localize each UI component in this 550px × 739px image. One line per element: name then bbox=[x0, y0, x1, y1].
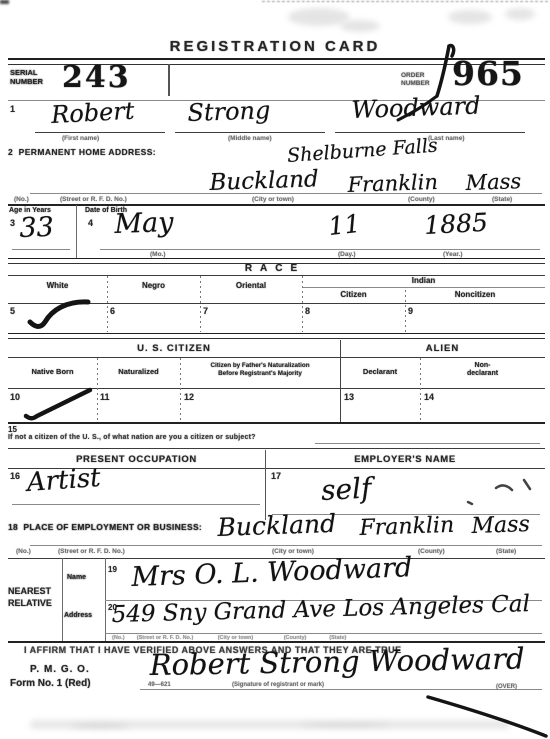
employer-handwriting: self bbox=[320, 471, 372, 507]
sub-year: (Year.) bbox=[443, 251, 463, 258]
citizen-div-2 bbox=[180, 358, 181, 422]
registration-card-scan: REGISTRATION CARD SERIAL NUMBER 243 ORDE… bbox=[0, 0, 550, 739]
sub-home-no: (No.) bbox=[14, 196, 29, 203]
scan-artifact-corner-mark bbox=[0, 0, 9, 4]
sub-home-city: (City or town) bbox=[252, 196, 294, 203]
race-div-2 bbox=[200, 276, 201, 332]
field-15-number: 15 bbox=[8, 425, 17, 434]
cell-10-number: 10 bbox=[10, 392, 20, 402]
race-div-1 bbox=[107, 276, 108, 332]
nearest-relative-label: NEAREST RELATIVE bbox=[8, 585, 52, 609]
col-naturalized: Naturalized bbox=[97, 367, 180, 376]
field-18-number: 18 bbox=[8, 522, 18, 532]
field-17-number: 17 bbox=[271, 471, 281, 481]
home-address-label-text: PERMANENT HOME ADDRESS: bbox=[19, 147, 156, 157]
sub-home-state: (State) bbox=[492, 196, 512, 203]
nondeclarant-line2: declarant bbox=[467, 370, 498, 377]
name-middle-line bbox=[175, 132, 325, 133]
citizen-div-1 bbox=[97, 358, 98, 422]
pmgo-label: P. M. G. O. bbox=[30, 664, 90, 675]
age-line bbox=[12, 249, 70, 250]
col-native-born: Native Born bbox=[8, 367, 97, 376]
employer-stray-marks bbox=[468, 480, 530, 504]
citizen-by-father-line1: Citizen by Father's Naturalization bbox=[210, 362, 309, 369]
alien-header: ALIEN bbox=[340, 343, 545, 354]
race-header-underline bbox=[8, 303, 545, 304]
dob-month-handwriting: May bbox=[114, 207, 174, 240]
sub-emp-no: (No.) bbox=[16, 548, 31, 555]
nation-answer-line bbox=[315, 443, 540, 444]
race-col-indian: Indian bbox=[302, 276, 545, 285]
citizen-alien-divider bbox=[340, 340, 341, 422]
form-number-label: Form No. 1 (Red) bbox=[10, 678, 91, 689]
race-cell-8-number: 8 bbox=[305, 306, 310, 316]
order-label-line2: NUMBER bbox=[401, 80, 430, 87]
nation-underline bbox=[8, 448, 545, 449]
name-middle-handwriting: Strong bbox=[187, 96, 271, 127]
citizen-cols-underline bbox=[8, 388, 545, 389]
relative-box-left bbox=[62, 558, 63, 641]
relative-address-label: Address bbox=[64, 612, 92, 619]
sub-home-street: (Street or R. F. D. No.) bbox=[60, 196, 127, 203]
sub-day: (Day.) bbox=[338, 251, 356, 258]
sub-middle-name: (Middle name) bbox=[228, 135, 272, 142]
dob-year-handwriting: 1885 bbox=[423, 208, 488, 240]
field-1-number: 1 bbox=[10, 104, 15, 114]
race-white-checkmark bbox=[30, 302, 88, 327]
nation-question-label: If not a citizen of the U. S., of what n… bbox=[8, 434, 256, 441]
sub-emp-city: (City or town) bbox=[272, 548, 314, 555]
race-cell-6-number: 6 bbox=[110, 306, 115, 316]
citizen-div-3 bbox=[420, 358, 421, 422]
form-code: 49—621 bbox=[148, 682, 171, 688]
employment-label-text: PLACE OF EMPLOYMENT OR BUSINESS: bbox=[23, 522, 202, 532]
serial-label-line1: SERIAL bbox=[10, 68, 38, 77]
nondeclarant-line1: Non- bbox=[475, 362, 491, 369]
occupation-employer-divider bbox=[265, 450, 266, 520]
registrant-signature: Robert Strong Woodward bbox=[149, 641, 524, 682]
race-cell-9-number: 9 bbox=[408, 306, 413, 316]
home-city-handwriting: Buckland bbox=[209, 166, 319, 196]
race-col-indian-noncitizen: Noncitizen bbox=[405, 290, 545, 299]
field-19-number: 19 bbox=[108, 565, 117, 574]
sub-emp-state: (State) bbox=[496, 548, 516, 555]
name-first-line bbox=[35, 132, 165, 133]
occupation-line bbox=[12, 504, 260, 505]
field-2-number: 2 bbox=[8, 147, 13, 157]
sub-first-name: (First name) bbox=[62, 135, 99, 142]
scan-smudge-bottom bbox=[70, 724, 130, 728]
race-section-rule bbox=[8, 333, 545, 339]
relative-label-line1: NEAREST bbox=[8, 586, 51, 596]
employment-label: 18 PLACE OF EMPLOYMENT OR BUSINESS: bbox=[8, 522, 202, 532]
race-cell-7-number: 7 bbox=[203, 306, 208, 316]
relative-address-line bbox=[105, 633, 542, 634]
native-born-checkmark bbox=[26, 390, 90, 418]
home-state-handwriting: Mass bbox=[465, 169, 521, 195]
signature-caption: (Signature of registrant or mark) bbox=[232, 682, 324, 688]
race-cell-5-number: 5 bbox=[10, 306, 15, 316]
race-col-indian-citizen: Citizen bbox=[302, 290, 405, 299]
col-citizen-by-father: Citizen by Father's Naturalization Befor… bbox=[180, 362, 340, 378]
scan-smudge bbox=[505, 8, 535, 20]
sub-emp-street: (Street or R. F. D. No.) bbox=[58, 548, 125, 555]
occupation-header: PRESENT OCCUPATION bbox=[8, 454, 265, 465]
cell-14-number: 14 bbox=[424, 392, 434, 402]
col-declarant: Declarant bbox=[340, 367, 420, 376]
scan-artifact-top-dashes bbox=[262, 1, 548, 2]
sub-emp-county: (County) bbox=[418, 548, 445, 555]
employment-city-handwriting: Buckland bbox=[217, 509, 337, 542]
uscitizen-header: U. S. CITIZEN bbox=[8, 343, 340, 354]
signature-flourish-stroke bbox=[428, 697, 546, 736]
sub-home-county: (County) bbox=[408, 196, 435, 203]
scan-smudge-bottom bbox=[300, 723, 390, 727]
card-title: REGISTRATION CARD bbox=[0, 38, 550, 55]
order-number-label: ORDER NUMBER bbox=[401, 72, 430, 88]
home-address-label: 2 PERMANENT HOME ADDRESS: bbox=[8, 147, 156, 157]
race-header: RACE bbox=[0, 263, 550, 274]
field-16-number: 16 bbox=[10, 471, 20, 481]
citizen-by-father-line2: Before Registrant's Majority bbox=[218, 370, 302, 377]
home-town-handwriting: Shelburne Falls bbox=[286, 135, 438, 167]
sub-month: (Mo.) bbox=[150, 251, 166, 258]
occupation-handwriting: Artist bbox=[26, 463, 102, 498]
relative-label-line2: RELATIVE bbox=[8, 598, 52, 608]
indian-subheader-line bbox=[302, 287, 545, 288]
name-last-handwriting: Woodward bbox=[351, 92, 481, 124]
home-section-rule bbox=[8, 204, 545, 206]
employment-state-handwriting: Mass bbox=[471, 512, 530, 539]
col-nondeclarant: Non- declarant bbox=[420, 362, 545, 378]
dob-line bbox=[100, 249, 540, 250]
serial-number-value: 243 bbox=[62, 60, 131, 95]
race-col-negro: Negro bbox=[107, 281, 200, 290]
age-dob-divider bbox=[76, 205, 77, 258]
order-label-line1: ORDER bbox=[401, 72, 424, 79]
scan-smudge bbox=[448, 10, 492, 24]
serial-box-divider bbox=[168, 64, 170, 96]
citizen-header-line bbox=[8, 357, 545, 358]
name-last-line bbox=[335, 132, 525, 133]
employment-line bbox=[30, 545, 542, 546]
race-col-white: White bbox=[8, 281, 107, 290]
employment-county-handwriting: Franklin bbox=[359, 513, 454, 541]
age-handwriting: 33 bbox=[19, 212, 54, 244]
cell-11-number: 11 bbox=[100, 392, 110, 402]
over-label: (OVER) bbox=[496, 684, 517, 690]
signature-line bbox=[140, 689, 542, 690]
dob-day-handwriting: 11 bbox=[327, 209, 362, 241]
home-address-line bbox=[30, 193, 542, 194]
serial-label-line2: NUMBER bbox=[10, 77, 43, 86]
race-col-oriental: Oriental bbox=[200, 281, 302, 290]
race-div-4 bbox=[405, 290, 406, 332]
relative-name-label: Name bbox=[67, 574, 86, 581]
name-first-handwriting: Robert bbox=[51, 97, 136, 129]
order-number-value: 965 bbox=[452, 54, 524, 93]
relative-address-handwriting: 549 Sny Grand Ave Los Angeles Cal bbox=[111, 591, 530, 628]
employer-header: EMPLOYER'S NAME bbox=[265, 454, 545, 465]
cell-13-number: 13 bbox=[344, 392, 354, 402]
field-3-number: 3 bbox=[10, 218, 15, 228]
serial-number-label: SERIAL NUMBER bbox=[10, 68, 43, 86]
race-div-3 bbox=[302, 276, 303, 332]
scan-smudge bbox=[340, 20, 380, 32]
cell-12-number: 12 bbox=[184, 392, 194, 402]
citizen-section-rule bbox=[8, 422, 545, 424]
field-4-number: 4 bbox=[88, 218, 93, 228]
